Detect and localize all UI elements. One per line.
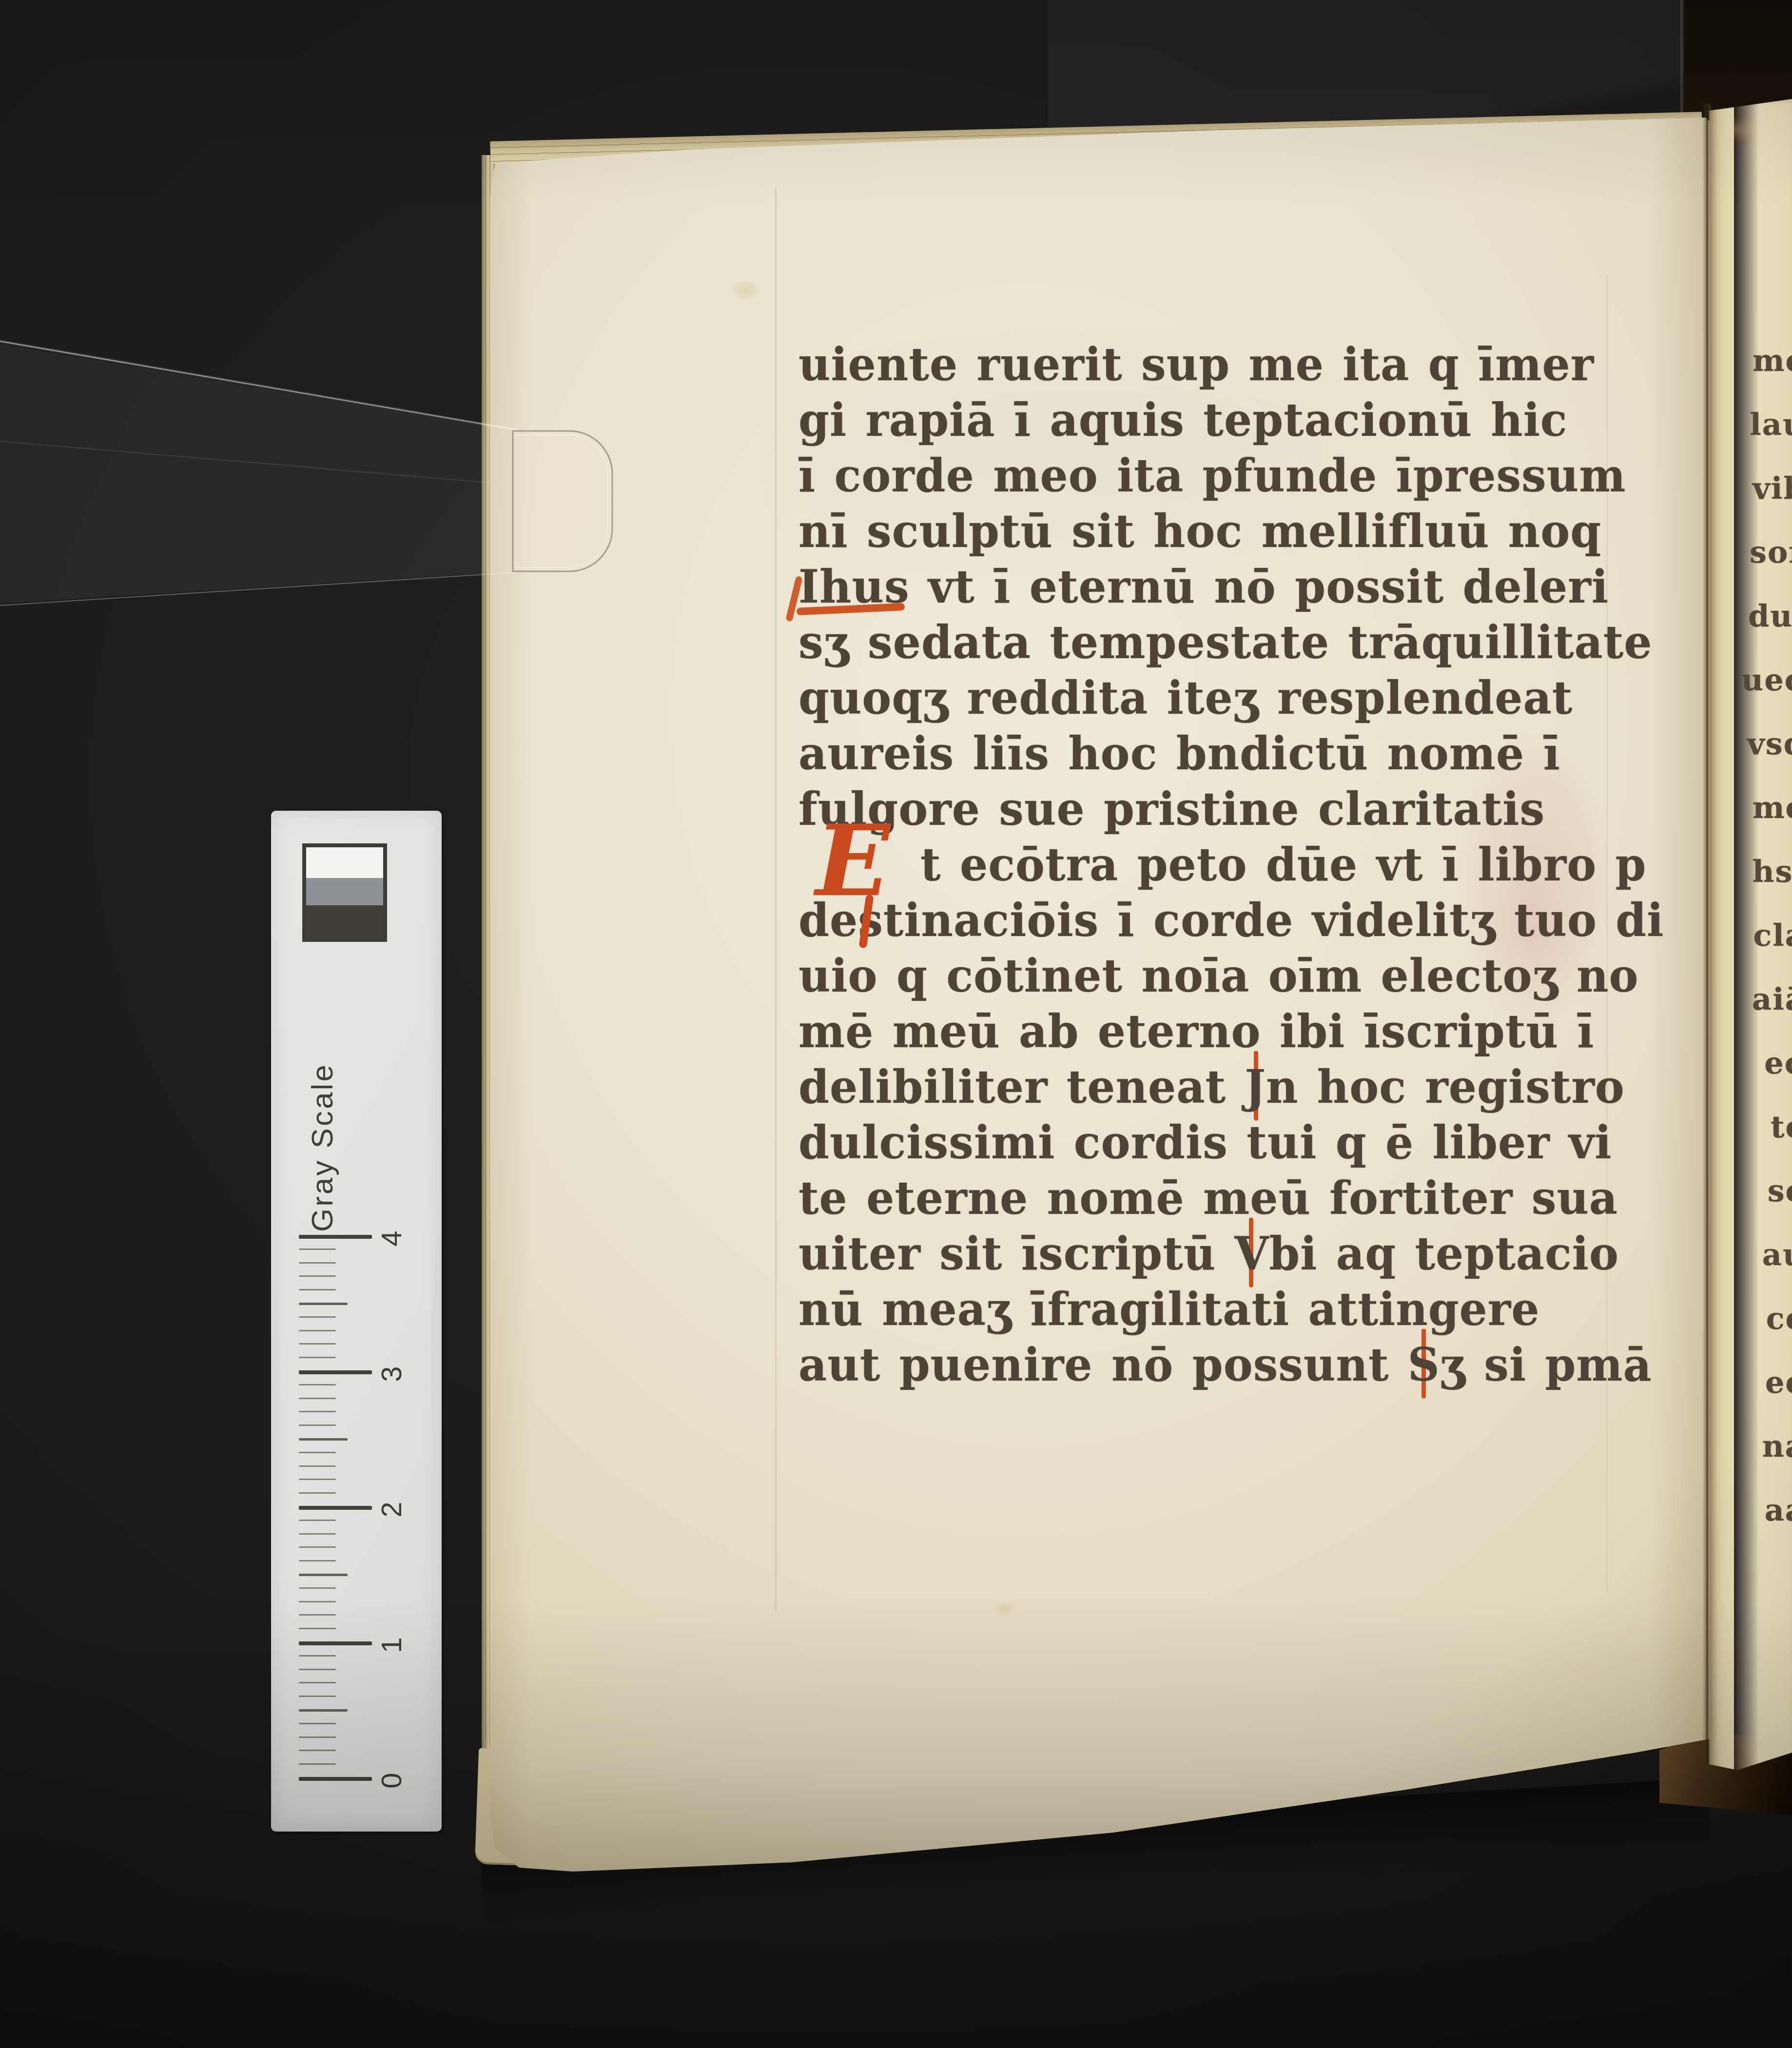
manuscript-line: uiente ruerit sup me ita q īmer [799,336,1594,393]
ruler: 01234 [271,811,442,1832]
manuscript-line: ī corde meo ita pfunde īpressum [799,448,1626,505]
ruler-tick-mm [299,1289,336,1290]
manuscript-line: uio q cōtinet noīa oīm electoʒ no [799,948,1639,1005]
ruler-tick-mm [299,1655,336,1657]
ruler-tick-mm [299,1492,336,1494]
manuscript-text: vt ī eternū nō possit deleri [910,560,1609,613]
adjacent-page-text-fragment: na [1762,1422,1792,1471]
manuscript-text: gi rapiā ī aquis teptacionū hic [799,393,1568,447]
manuscript-line: t ecōtra peto dūe vt ī libro p [799,837,1646,894]
ruler-tick-mm [299,1736,336,1738]
ruler-tick-mm [299,1411,336,1412]
adjacent-page-text-fragment: hsi [1752,847,1792,896]
ruler-tick-mm [299,1696,336,1697]
ruler-tick-mm [299,1560,336,1561]
ruler-tick-mm [299,1546,336,1548]
ruler-tick-cm [299,1641,372,1645]
manuscript-text: quoqʒ reddita iteʒ resplendeat [799,671,1573,724]
plastic-strip-band [0,344,518,604]
ruler-number: 2 [375,1493,408,1527]
ruler-tick-mm [299,1614,336,1616]
adjacent-page-text-fragment: vsq [1747,720,1792,768]
adjacent-page-text-fragment: ueo [1741,656,1792,704]
ruler-tick-cm [299,1235,372,1239]
manuscript-line: quoqʒ reddita iteʒ resplendeat [799,670,1573,727]
adjacent-page-text-fragment: te [1771,1103,1792,1151]
manuscript-line: destinaciōis ī corde videlitʒ tuo di [799,892,1664,949]
manuscript-line: Ihus vt ī eternū nō possit deleri [799,559,1609,616]
adjacent-page-text-fragment: aa [1765,1486,1792,1535]
photograph-of-manuscript: melauvibsordulueovsqmehsiclaaiāeoteseauc… [0,0,1792,2048]
ruler-tick-mm [299,1357,336,1358]
manuscript-text: nī sculptū sit hoc mellifluū noq [799,505,1601,558]
adjacent-page-text-fragment: me [1753,336,1792,385]
manuscript-text: t ecōtra peto dūe vt ī libro p [920,838,1646,891]
ruler-tick-mm [299,1601,336,1602]
ruler-tick-mm [299,1750,336,1751]
manuscript-text: delibiliter teneat [799,1060,1245,1113]
adjacent-page-text-fragment: vib [1753,464,1792,513]
manuscript-text: ʒ si pmā [1440,1338,1652,1391]
adjacent-page-text-fragment: ee [1765,1358,1792,1407]
manuscript-text: n hoc registro [1266,1060,1625,1113]
parchment-stain [724,275,768,305]
adjacent-page-text-fragment: au [1762,1230,1792,1279]
manuscript-text: sʒ sedata tempestate trāquillitate [799,616,1653,669]
ruler-tick-mm [299,1763,336,1765]
manuscript-text: te eterne nomē meū fortiter sua [799,1171,1618,1225]
ruler-tick-mm [299,1723,336,1724]
manuscript-text: destinaciōis ī corde videlitʒ tuo di [799,894,1664,947]
rubric-initial: E [816,813,923,939]
adjacent-page-text-fragment: sor [1750,528,1792,577]
ruler-tick-mm [299,1262,336,1264]
ruler-tick-mm [299,1520,336,1521]
ruler-tick-cm [299,1506,372,1510]
rubric-jesus: Ihus [799,559,910,615]
adjacent-page-text-fragment: cla [1753,911,1792,960]
adjacent-page-text-fragment: ce [1766,1294,1792,1343]
manuscript-line: te eterne nomē meū fortiter sua [799,1170,1618,1227]
manuscript-text: uiter sit īscriptū [799,1227,1235,1280]
ruler-tick-mm [299,1424,336,1426]
manuscript-text: dulcissimi cordis tui q ē liber vi [799,1116,1612,1169]
plastic-strip-top-edge [0,341,518,430]
ruler-tick-mm [299,1384,336,1385]
ruler-tick-mm [299,1465,336,1467]
plastic-strip-bottom-edge [0,572,518,605]
book-gutter-crease [1702,103,1712,1761]
ruler-tick-cm [299,1777,372,1781]
manuscript-line: nū meaʒ īfragilitati attingere [799,1281,1540,1338]
ruler-tick-mm [299,1316,336,1318]
ruler-tick-mm [299,1452,336,1453]
manuscript-text: ī corde meo ita pfunde īpressum [799,449,1626,502]
manuscript-line: aureis liīs hoc bndictū nomē ī [799,725,1560,782]
ruler-tick-mm [299,1669,336,1670]
manuscript-line: aut puenire nō possunt Sʒ si pmā [799,1337,1652,1394]
adjacent-page-sliver: melauvibsordulueovsqmehsiclaaiāeoteseauc… [1709,99,1792,1777]
ruler-tick-mm [299,1682,336,1683]
manuscript-line: uiter sit īscriptū Vbi aq teptacio [799,1226,1619,1283]
ruler-tick-half [299,1303,348,1305]
ruler-tick-mm [299,1479,336,1480]
adjacent-page-text-fragment: lau [1750,400,1792,449]
manuscript-text: bi aq teptacio [1269,1227,1619,1280]
ruler-tick-mm [299,1275,336,1277]
ruler-tick-mm [299,1330,336,1331]
ruler-tick-mm [299,1628,336,1629]
manuscript-text: uio q cōtinet noīa oīm electoʒ no [799,949,1639,1002]
ruler-tick-mm [299,1533,336,1535]
ruler-tick-mm [299,1248,336,1250]
adjacent-page-text-fragment: se [1768,1167,1792,1215]
rubric-redtouch: V [1235,1226,1269,1282]
manuscript-text: uiente ruerit sup me ita q īmer [799,338,1594,391]
manuscript-line: delibiliter teneat Jn hoc registro [799,1059,1625,1116]
ruler-tick-half [299,1709,348,1712]
ruler-number: 3 [375,1357,408,1391]
ruler-tick-half [299,1438,348,1441]
adjacent-page-text-fragment: aiā [1752,975,1792,1024]
adjacent-page-text-fragment: me [1753,783,1792,832]
rubric-redtouch: J [1245,1059,1266,1115]
manuscript-text: mē meū ab eterno ibi īscriptū ī [799,1005,1594,1058]
manuscript-line: sʒ sedata tempestate trāquillitate [799,614,1653,671]
manuscript-page: uiente ruerit sup me ita q īmergi rapiā … [490,115,1710,1875]
ruler-number: 0 [375,1764,408,1798]
parchment-stain [987,1597,1021,1621]
manuscript-text: aut puenire nō possunt [799,1338,1408,1391]
manuscript-text-block: uiente ruerit sup me ita q īmergi rapiā … [799,336,1627,1409]
ruler-tick-mm [299,1587,336,1589]
adjacent-page-text-fragment: eo [1764,1039,1792,1088]
ruler-tick-mm [299,1398,336,1399]
manuscript-text: aureis liīs hoc bndictū nomē ī [799,727,1560,780]
ruler-tick-cm [299,1370,372,1374]
plastic-strip-crease [0,441,518,485]
gray-scale-card: Gray Scale 01234 [271,811,442,1832]
rubric-redtouch: S [1408,1337,1440,1393]
manuscript-line: gi rapiā ī aquis teptacionū hic [799,392,1568,449]
manuscript-text: nū meaʒ īfragilitati attingere [799,1283,1540,1336]
manuscript-line: nī sculptū sit hoc mellifluū noq [799,503,1601,560]
ruler-number: 4 [375,1222,408,1256]
ruler-number: 1 [375,1628,408,1662]
adjacent-page-text-fragment: dul [1748,592,1792,641]
ruler-tick-mm [299,1343,336,1345]
ruler-tick-half [299,1574,348,1576]
plastic-strip-edge-glow [0,341,518,430]
manuscript-line: dulcissimi cordis tui q ē liber vi [799,1114,1612,1171]
manuscript-line: mē meū ab eterno ibi īscriptū ī [799,1003,1594,1060]
